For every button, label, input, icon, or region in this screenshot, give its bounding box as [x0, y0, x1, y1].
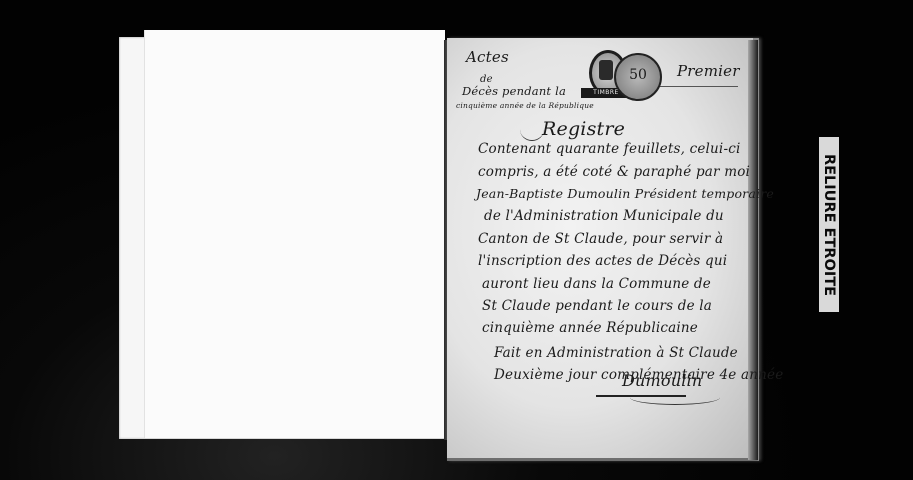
- body-line-1: Contenant quarante feuillets, celui-ci: [478, 141, 741, 157]
- body-line-6: l'inscription des actes de Décès qui: [478, 253, 727, 269]
- left-blank-page: [144, 30, 445, 438]
- body-line-5: Canton de St Claude, pour servir à: [478, 231, 723, 247]
- header-premier: Premier: [677, 62, 740, 80]
- fiscal-stamp-value: 50: [616, 67, 660, 83]
- signature-flourish: [630, 390, 720, 405]
- body-line-3: Jean-Baptiste Dumoulin Président tempora…: [476, 186, 774, 201]
- header-rule: [654, 86, 738, 87]
- signature: Dumoulin: [622, 371, 702, 390]
- header-line-deces: Décès pendant la: [462, 84, 566, 98]
- body-line-10: Fait en Administration à St Claude: [494, 345, 738, 361]
- body-line-2: compris, a été coté & paraphé par moi: [478, 164, 750, 180]
- binding-label: RELIURE ETROITE: [819, 137, 839, 312]
- title-flourish: [520, 118, 544, 141]
- body-line-9: cinquième année Républicaine: [482, 320, 698, 336]
- header-line-actes: Actes: [466, 48, 509, 66]
- body-line-8: St Claude pendant le cours de la: [482, 298, 712, 314]
- body-line-7: auront lieu dans la Commune de: [482, 276, 711, 292]
- page-stack-edge: [748, 40, 758, 460]
- register-title: Registre: [542, 118, 625, 140]
- binding-label-text: RELIURE ETROITE: [821, 153, 837, 295]
- header-line-annee: cinquième année de la République: [456, 101, 594, 110]
- body-line-4: de l'Administration Municipale du: [484, 208, 724, 224]
- fiscal-stamp-icon: 50: [614, 53, 662, 101]
